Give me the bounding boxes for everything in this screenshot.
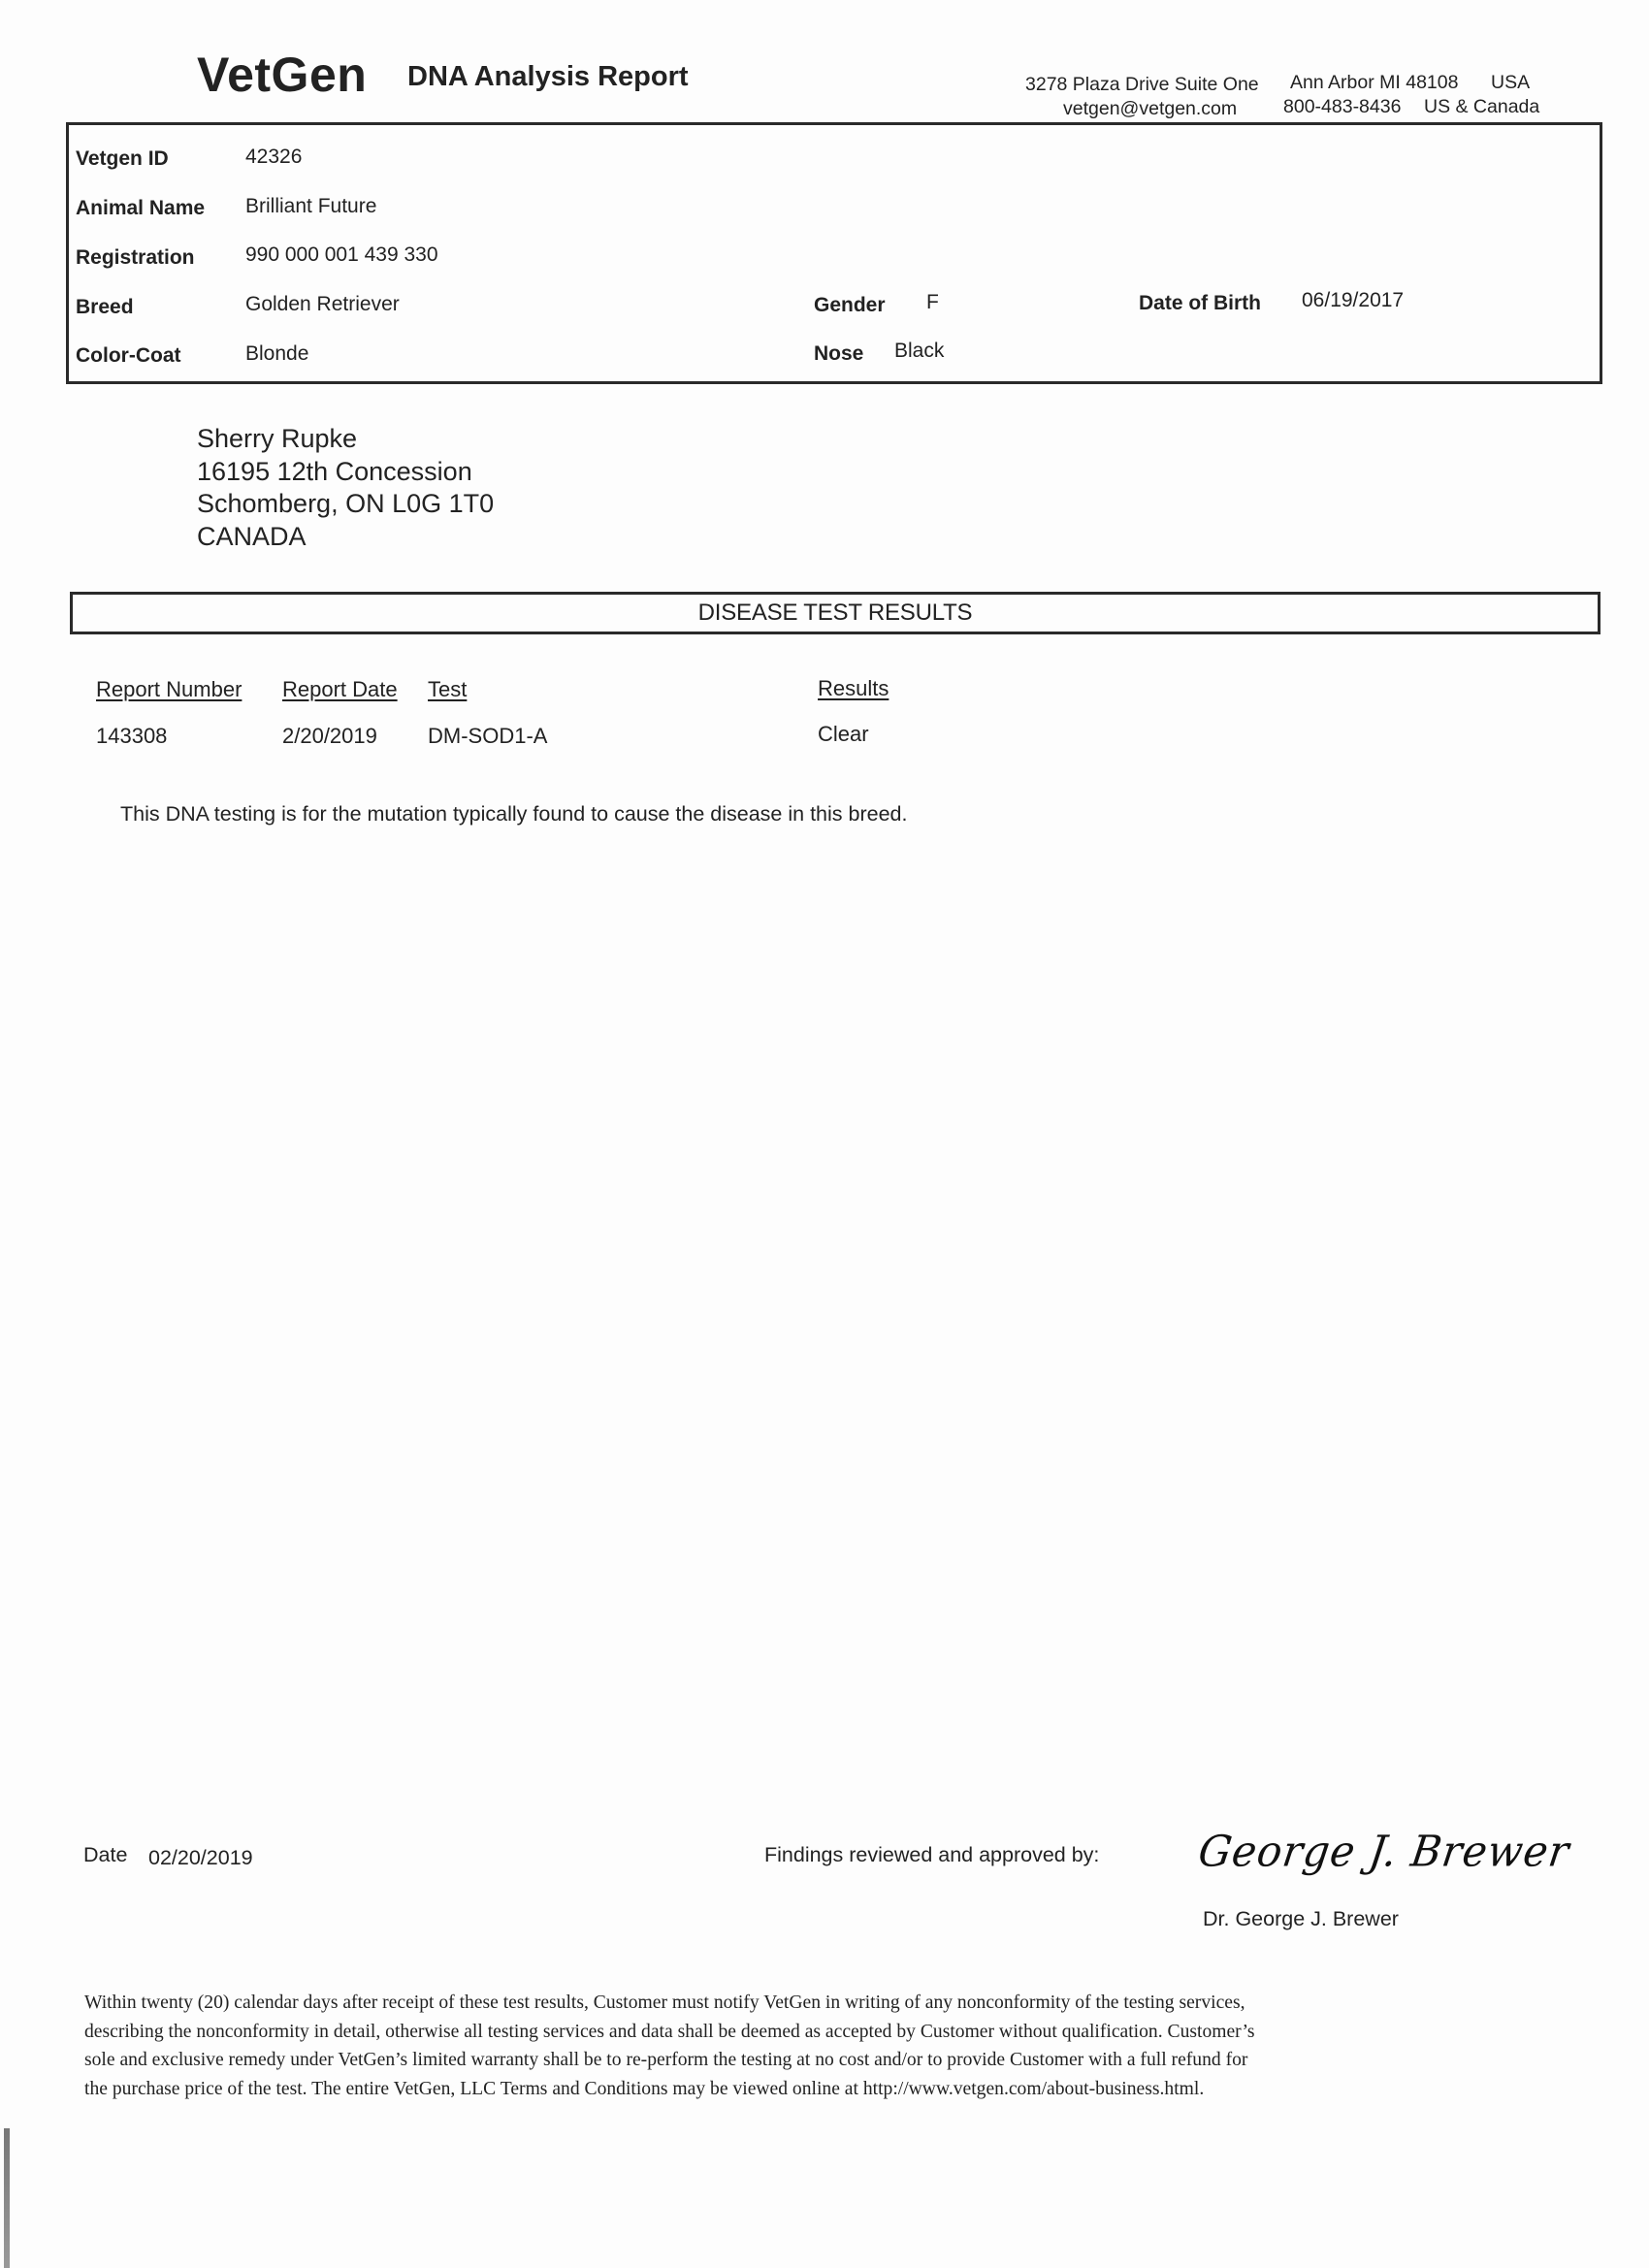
contact-email: vetgen@vetgen.com [1063, 98, 1237, 120]
disclaimer: Within twenty (20) calendar days after r… [84, 1989, 1442, 2103]
owner-city: Schomberg, ON L0G 1T0 [197, 488, 494, 521]
animal-name-value: Brilliant Future [245, 195, 376, 218]
animal-name-label: Animal Name [76, 197, 205, 220]
color-coat-label: Color-Coat [76, 344, 181, 368]
breed-label: Breed [76, 296, 134, 319]
approved-by-label: Findings reviewed and approved by: [764, 1843, 1099, 1867]
address-country: USA [1491, 72, 1530, 94]
owner-name: Sherry Rupke [197, 423, 494, 456]
column-header-report-number: Report Number [96, 677, 242, 702]
testing-note: This DNA testing is for the mutation typ… [120, 802, 907, 826]
contact-phone: 800-483-8436 [1283, 96, 1401, 118]
owner-country: CANADA [197, 521, 494, 554]
registration-label: Registration [76, 246, 195, 270]
address-street: 3278 Plaza Drive Suite One [1025, 74, 1259, 96]
signature: George J. Brewer [1195, 1827, 1572, 1876]
vetgen-logo: VetGen [197, 47, 367, 103]
disclaimer-line: describing the nonconformity in detail, … [84, 2018, 1442, 2047]
disclaimer-line: sole and exclusive remedy under VetGen’s… [84, 2046, 1442, 2075]
owner-address: Sherry Rupke 16195 12th Concession Schom… [197, 423, 494, 553]
section-title: DISEASE TEST RESULTS [698, 599, 973, 627]
color-coat-value: Blonde [245, 342, 308, 366]
disclaimer-line: the purchase price of the test. The enti… [84, 2075, 1442, 2104]
report-title: DNA Analysis Report [407, 61, 689, 93]
dob-value: 06/19/2017 [1302, 289, 1404, 312]
column-header-report-date: Report Date [282, 677, 398, 702]
date-value: 02/20/2019 [148, 1846, 253, 1870]
vetgen-id-label: Vetgen ID [76, 147, 169, 171]
date-label: Date [83, 1843, 127, 1867]
signer-name: Dr. George J. Brewer [1203, 1907, 1399, 1931]
address-city: Ann Arbor MI 48108 [1290, 72, 1458, 94]
report-date: 2/20/2019 [282, 724, 377, 749]
column-header-results: Results [818, 676, 889, 701]
column-header-test: Test [428, 677, 467, 702]
dob-label: Date of Birth [1139, 292, 1261, 315]
disclaimer-line: Within twenty (20) calendar days after r… [84, 1989, 1442, 2018]
report-number: 143308 [96, 724, 167, 749]
nose-label: Nose [814, 342, 863, 366]
contact-phone-region: US & Canada [1424, 96, 1539, 118]
gender-value: F [926, 291, 939, 314]
test-result: Clear [818, 722, 869, 747]
disease-results-header: DISEASE TEST RESULTS [70, 592, 1600, 634]
vetgen-id-value: 42326 [245, 146, 302, 169]
test-name: DM-SOD1-A [428, 724, 547, 749]
nose-value: Black [894, 340, 944, 363]
registration-value: 990 000 001 439 330 [245, 243, 438, 267]
breed-value: Golden Retriever [245, 293, 400, 316]
scan-edge-artifact [4, 2128, 10, 2268]
gender-label: Gender [814, 294, 886, 317]
owner-street: 16195 12th Concession [197, 456, 494, 489]
